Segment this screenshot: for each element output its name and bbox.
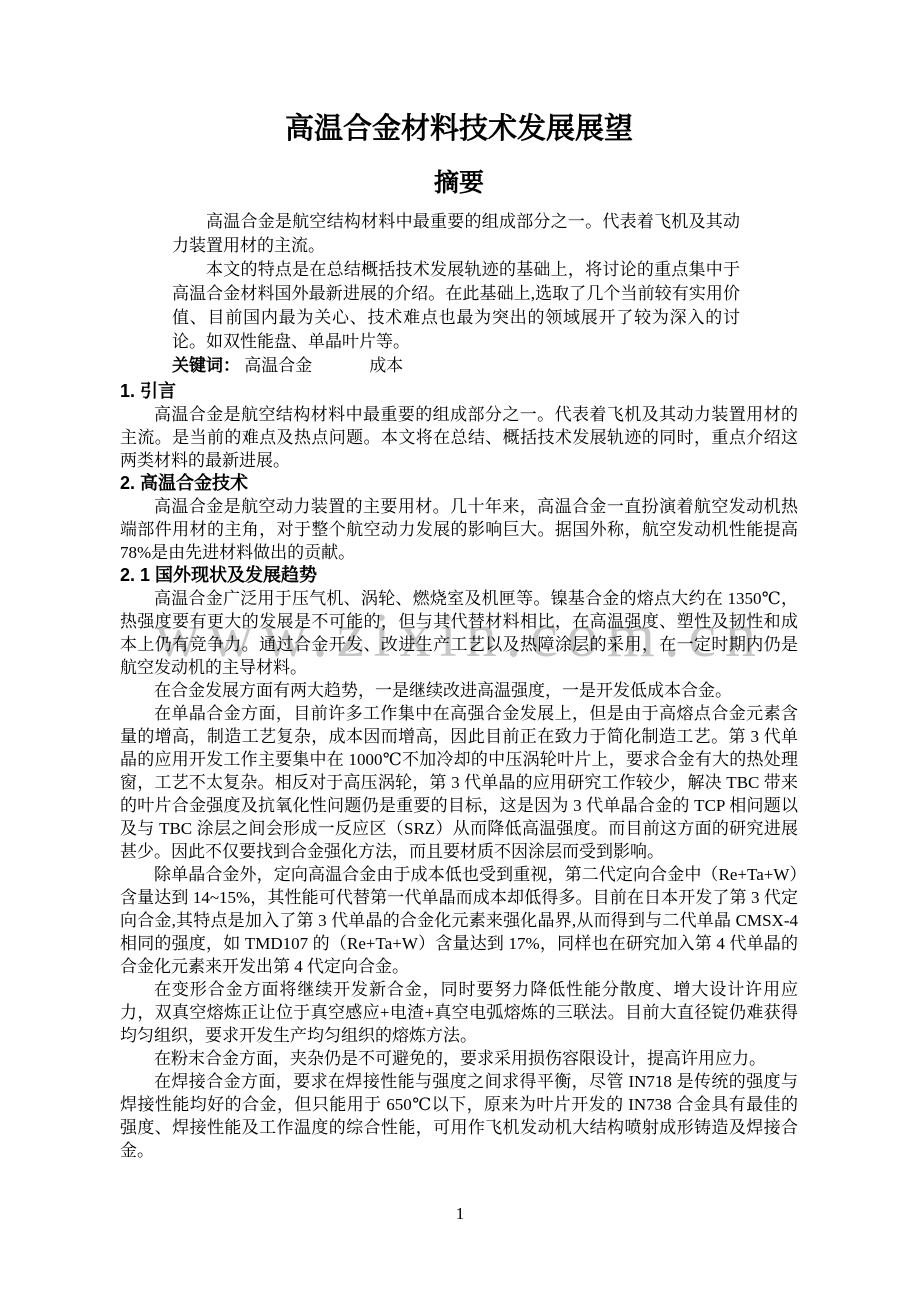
document-content: 高温合金材料技术发展展望 摘要 高温合金是航空结构材料中最重要的组成部分之一。代… <box>120 110 798 1162</box>
foreign-status-paragraph-6: 在粉末合金方面，夹杂仍是不可避免的，要求采用损伤容限设计，提高许用应力。 <box>120 1047 798 1070</box>
keyword-term-2: 成本 <box>369 356 403 375</box>
foreign-status-paragraph-3: 在单晶合金方面，目前许多工作集中在高强合金发展上，但是由于高熔点合金元素含量的增… <box>120 702 798 863</box>
abstract-block: 高温合金是航空结构材料中最重要的组成部分之一。代表着飞机及其动力装置用材的主流。… <box>172 210 740 354</box>
foreign-status-paragraph-7: 在焊接合金方面，要求在焊接性能与强度之间求得平衡，尽管 IN718 是传统的强度… <box>120 1070 798 1162</box>
document-page: www.zixin.com.cn 高温合金材料技术发展展望 摘要 高温合金是航空… <box>0 0 920 1302</box>
foreign-status-paragraph-5: 在变形合金方面将继续开发新合金，同时要努力降低性能分散度、增大设计许用应力，双真… <box>120 978 798 1047</box>
section-introduction-paragraph: 高温合金是航空结构材料中最重要的组成部分之一。代表着飞机及其动力装置用材的主流。… <box>120 403 798 472</box>
foreign-status-paragraph-1: 高温合金广泛用于压气机、涡轮、燃烧室及机匣等。镍基合金的熔点大约在 1350℃，… <box>120 587 798 679</box>
abstract-paragraph-1: 高温合金是航空结构材料中最重要的组成部分之一。代表着飞机及其动力装置用材的主流。 <box>172 210 740 258</box>
section-superalloy-paragraph: 高温合金是航空动力装置的主要用材。几十年来，高温合金一直扮演着航空发动机热端部件… <box>120 495 798 564</box>
abstract-heading: 摘要 <box>120 166 798 200</box>
abstract-paragraph-2: 本文的特点是在总结概括技术发展轨迹的基础上，将讨论的重点集中于高温合金材料国外最… <box>172 258 740 354</box>
page-number: 1 <box>0 1203 920 1225</box>
section-heading-introduction: 1. 引言 <box>120 380 798 403</box>
keywords-line: 关键词： 高温合金 成本 <box>172 354 798 378</box>
section-heading-foreign-status: 2. 1 国外现状及发展趋势 <box>120 564 798 587</box>
keyword-term-1: 高温合金 <box>244 356 312 375</box>
keywords-label: 关键词： <box>172 356 240 375</box>
foreign-status-paragraph-4: 除单晶合金外，定向高温合金由于成本低也受到重视，第二代定向合金中（Re+Ta+W… <box>120 863 798 978</box>
document-title: 高温合金材料技术发展展望 <box>120 110 798 148</box>
section-heading-superalloy-technology: 2. 高温合金技术 <box>120 472 798 495</box>
foreign-status-paragraph-2: 在合金发展方面有两大趋势，一是继续改进高温强度，一是开发低成本合金。 <box>120 679 798 702</box>
